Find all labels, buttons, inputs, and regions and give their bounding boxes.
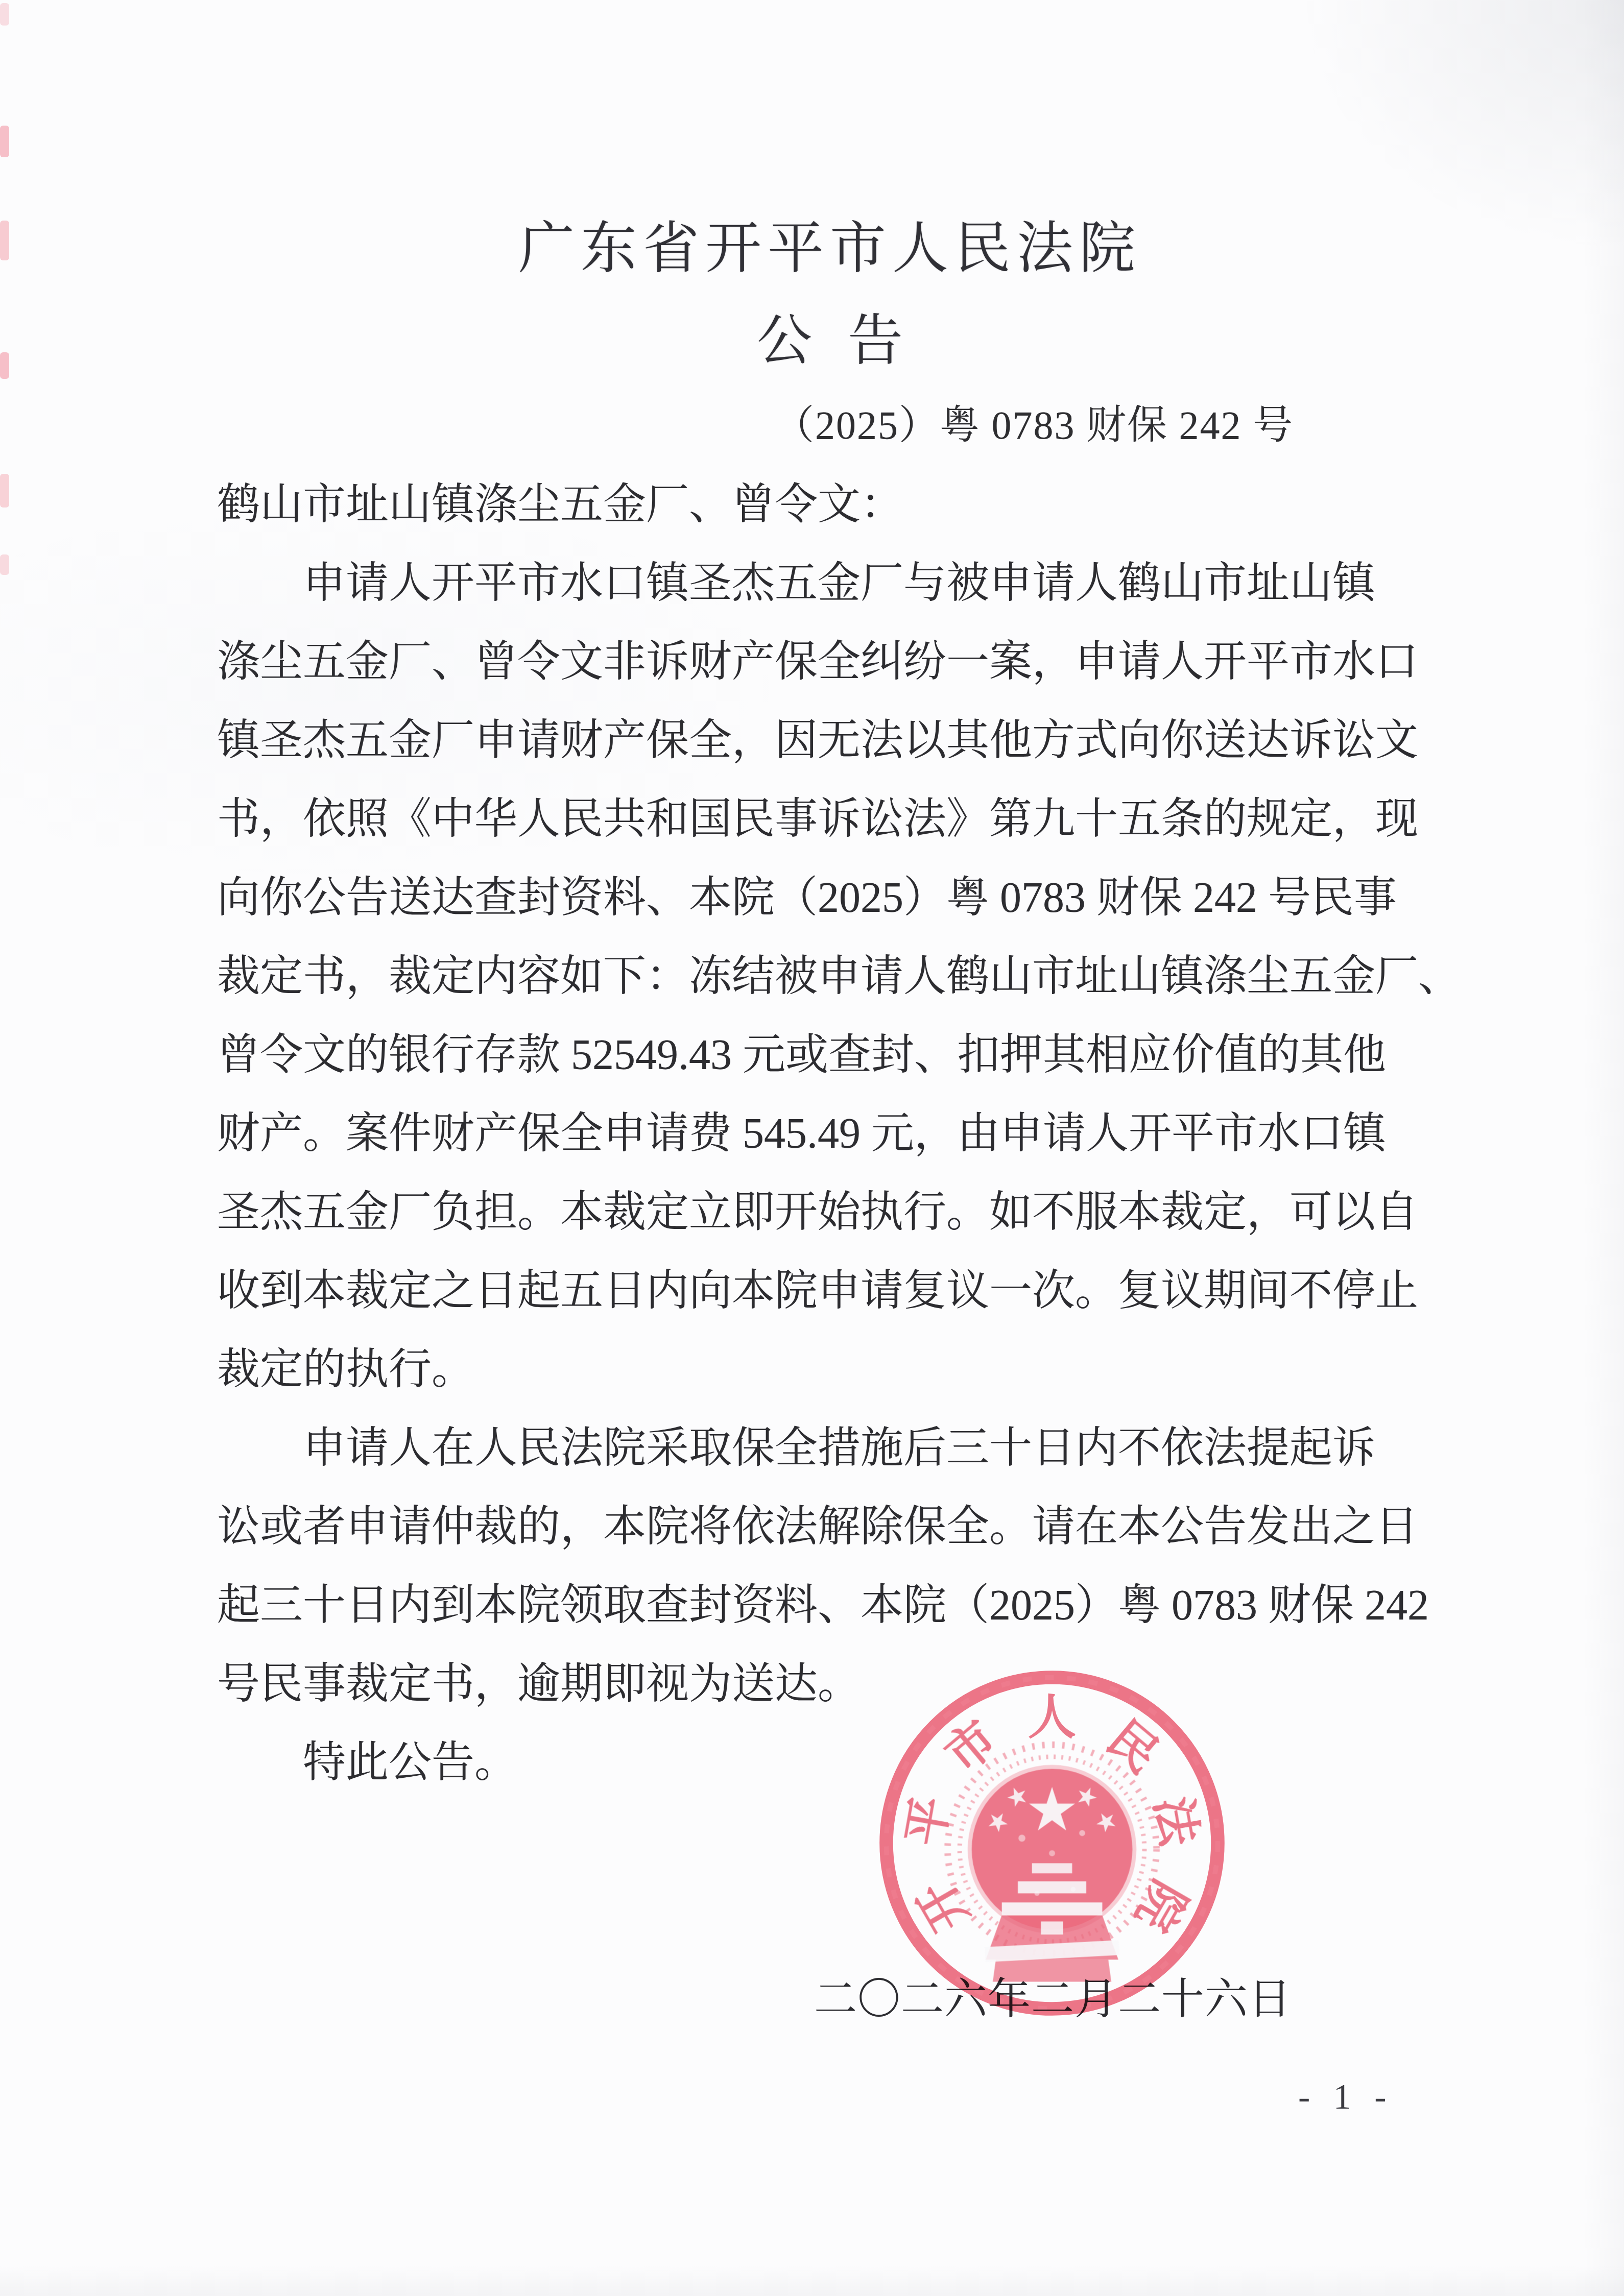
scan-artifact bbox=[0, 554, 9, 575]
page-number: - 1 - bbox=[1298, 2077, 1394, 2118]
case-number: （2025）粤 0783 财保 242 号 bbox=[774, 393, 1294, 450]
body-line: 圣杰五金厂负担。本裁定立即开始执行。如不服本裁定，可以自 bbox=[217, 1173, 1432, 1252]
body-line: 财产。案件财产保全申请费 545.49 元，由申请人开平市水口镇 bbox=[217, 1095, 1432, 1173]
scan-artifact bbox=[0, 352, 9, 379]
body-line: 讼或者申请仲裁的，本院将依法解除保全。请在本公告发出之日 bbox=[217, 1488, 1432, 1566]
scan-artifact bbox=[0, 221, 9, 260]
seal-char: 人 bbox=[1028, 1691, 1076, 1745]
body-line: 向你公告送达查封资料、本院（2025）粤 0783 财保 242 号民事 bbox=[217, 859, 1432, 937]
closing-line: 特此公告。 bbox=[217, 1724, 1432, 1802]
body-line: 起三十日内到本院领取查封资料、本院（2025）粤 0783 财保 242 bbox=[217, 1566, 1432, 1645]
court-title: 广东省开平市人民法院 bbox=[36, 203, 1624, 284]
notice-title: 公告 bbox=[71, 296, 1624, 375]
body-line: 裁定书，裁定内容如下：冻结被申请人鹤山市址山镇涤尘五金厂、 bbox=[217, 937, 1432, 1016]
body-line: 裁定的执行。 bbox=[217, 1331, 1432, 1409]
body-line: 申请人开平市水口镇圣杰五金厂与被申请人鹤山市址山镇 bbox=[217, 544, 1432, 623]
court-seal: 开 平 市 人 民 法 院 bbox=[871, 1662, 1233, 2024]
scan-artifact bbox=[0, 474, 9, 507]
notice-body: 鹤山市址山镇涤尘五金厂、曾令文： 申请人开平市水口镇圣杰五金厂与被申请人鹤山市址… bbox=[217, 466, 1432, 1802]
body-line: 镇圣杰五金厂申请财产保全，因无法以其他方式向你送达诉讼文 bbox=[217, 702, 1432, 780]
body-line: 收到本裁定之日起五日内向本院申请复议一次。复议期间不停止 bbox=[217, 1252, 1432, 1331]
scan-artifact bbox=[0, 126, 9, 157]
scan-artifact bbox=[0, 3, 9, 26]
seal-char: 法 bbox=[1145, 1793, 1206, 1851]
national-emblem-icon bbox=[947, 1745, 1156, 1981]
body-line: 曾令文的银行存款 52549.43 元或查封、扣押其相应价值的其他 bbox=[217, 1016, 1432, 1095]
document-page: 广东省开平市人民法院 公告 （2025）粤 0783 财保 242 号 鹤山市址… bbox=[0, 0, 1624, 2296]
seal-char: 平 bbox=[898, 1793, 959, 1850]
addressee-line: 鹤山市址山镇涤尘五金厂、曾令文： bbox=[217, 466, 1432, 544]
body-line: 号民事裁定书，逾期即视为送达。 bbox=[217, 1645, 1432, 1724]
seal-char: 开 bbox=[909, 1872, 978, 1940]
body-line: 涤尘五金厂、曾令文非诉财产保全纠纷一案，申请人开平市水口 bbox=[217, 623, 1432, 702]
body-line: 书，依照《中华人民共和国民事诉讼法》第九十五条的规定，现 bbox=[217, 780, 1432, 859]
body-line: 申请人在人民法院采取保全措施后三十日内不依法提起诉 bbox=[217, 1409, 1432, 1488]
